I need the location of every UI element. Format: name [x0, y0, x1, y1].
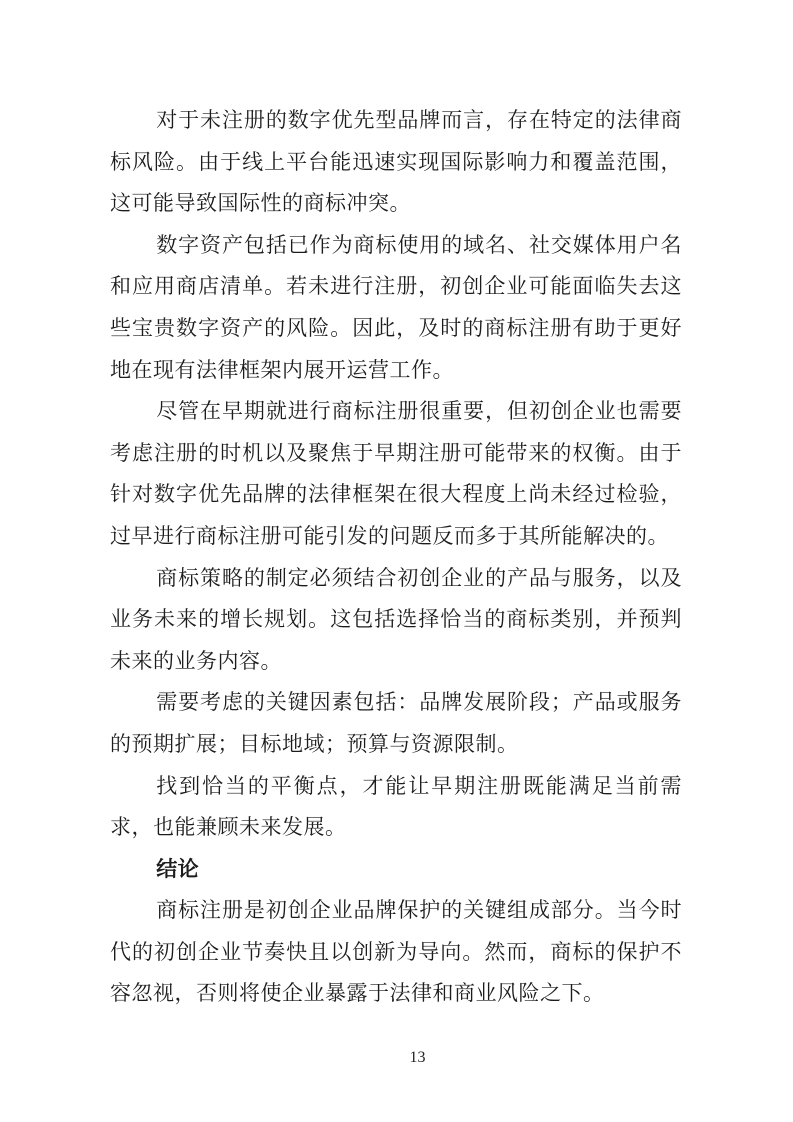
section-heading: 结论: [110, 849, 682, 891]
paragraph: 找到恰当的平衡点，才能让早期注册既能满足当前需求，也能兼顾未来发展。: [110, 766, 682, 849]
paragraph: 需要考虑的关键因素包括：品牌发展阶段；产品或服务的预期扩展；目标地域；预算与资源…: [110, 682, 682, 765]
paragraph: 商标注册是初创企业品牌保护的关键组成部分。当今时代的初创企业节奏快且以创新为导向…: [110, 890, 682, 1015]
document-body: 对于未注册的数字优先型品牌而言，存在特定的法律商标风险。由于线上平台能迅速实现国…: [110, 100, 682, 1015]
paragraph: 对于未注册的数字优先型品牌而言，存在特定的法律商标风险。由于线上平台能迅速实现国…: [110, 100, 682, 225]
paragraph: 尽管在早期就进行商标注册很重要，但初创企业也需要考虑注册的时机以及聚焦于早期注册…: [110, 391, 682, 557]
paragraph: 数字资产包括已作为商标使用的域名、社交媒体用户名和应用商店清单。若未进行注册，初…: [110, 225, 682, 391]
document-page: 对于未注册的数字优先型品牌而言，存在特定的法律商标风险。由于线上平台能迅速实现国…: [0, 0, 793, 1122]
paragraph: 商标策略的制定必须结合初创企业的产品与服务，以及业务未来的增长规划。这包括选择恰…: [110, 558, 682, 683]
page-number: 13: [21, 1048, 793, 1068]
